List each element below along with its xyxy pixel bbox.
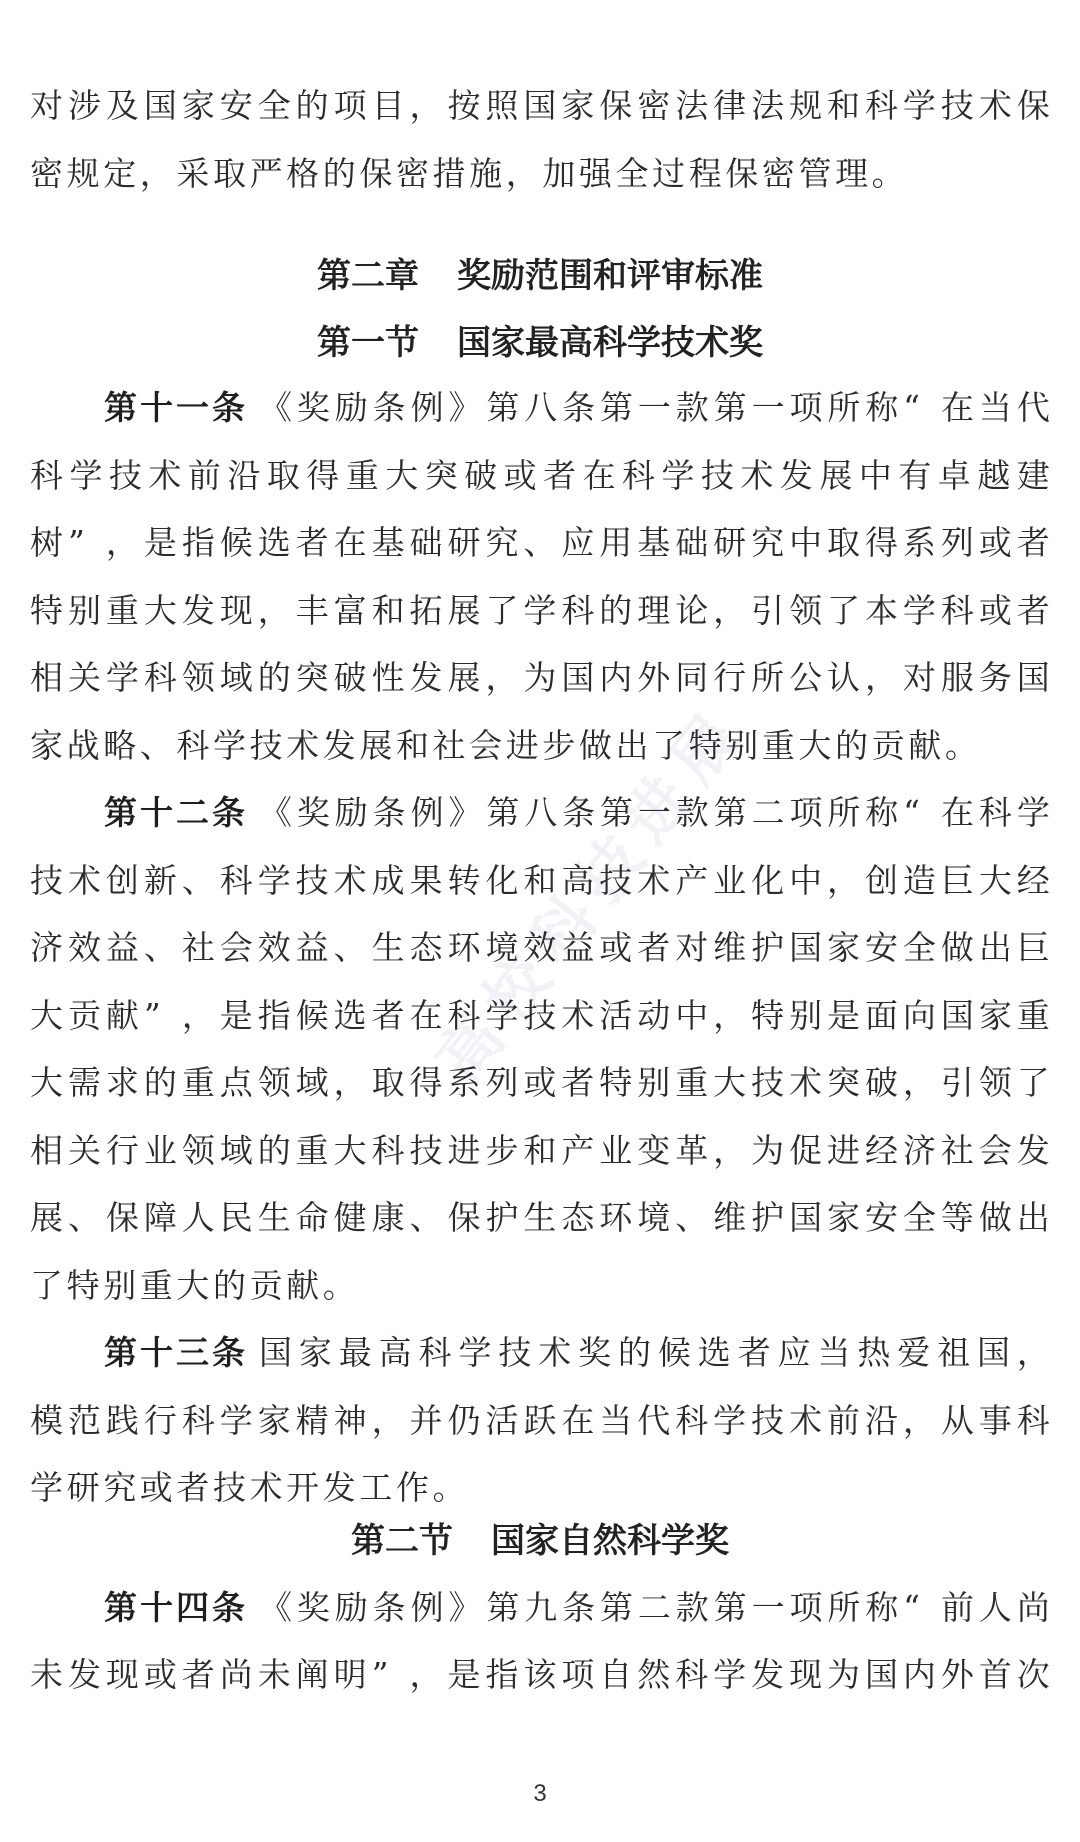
heading-label: 第二节 [351, 1521, 453, 1561]
heading-title: 国家最高科学技术奖 [457, 323, 763, 363]
article-text: 《奖励条例》第九条第二款第一项所称“前人尚 [259, 1574, 1050, 1642]
article-number: 第十一条 [104, 374, 245, 442]
paragraph-line: 对涉及国家安全的项目，按照国家保密法律法规和科学技术保 [30, 72, 1050, 140]
paragraph-line: 大贡献”，是指候选者在科学技术活动中，特别是面向国家重 [30, 982, 1050, 1050]
paragraph-line: 树”，是指候选者在基础研究、应用基础研究中取得系列或者 [30, 509, 1050, 577]
heading-title: 国家自然科学奖 [491, 1521, 729, 1561]
page-number: 3 [0, 1780, 1080, 1812]
section-heading: 第二节国家自然科学奖 [0, 1507, 1080, 1575]
heading-label: 第一节 [317, 323, 419, 363]
paragraph-line: 特别重大发现，丰富和拓展了学科的理论，引领了本学科或者 [30, 577, 1050, 645]
article-first-line: 第十四条《奖励条例》第九条第二款第一项所称“前人尚 [104, 1574, 1050, 1642]
article-first-line: 第十三条国家最高科学技术奖的候选者应当热爱祖国， [104, 1319, 1050, 1387]
paragraph-line: 大需求的重点领域，取得系列或者特别重大技术突破，引领了 [30, 1049, 1050, 1117]
article-first-line: 第十二条《奖励条例》第八条第一款第二项所称“在科学 [104, 779, 1050, 847]
paragraph-line: 科学技术前沿取得重大突破或者在科学技术发展中有卓越建 [30, 442, 1050, 510]
paragraph-line: 相关学科领域的突破性发展，为国内外同行所公认，对服务国 [30, 644, 1050, 712]
paragraph-line: 未发现或者尚未阐明”，是指该项自然科学发现为国内外首次 [30, 1641, 1050, 1709]
paragraph-line: 了特别重大的贡献。 [30, 1252, 1050, 1320]
article-number: 第十二条 [104, 779, 245, 847]
section-heading: 第二章奖励范围和评审标准 [0, 242, 1080, 310]
section-heading: 第一节国家最高科学技术奖 [0, 309, 1080, 377]
paragraph-line: 展、保障人民生命健康、保护生态环境、维护国家安全等做出 [30, 1184, 1050, 1252]
paragraph-line: 家战略、科学技术发展和社会进步做出了特别重大的贡献。 [30, 712, 1050, 780]
article-first-line: 第十一条《奖励条例》第八条第一款第一项所称“在当代 [104, 374, 1050, 442]
article-number: 第十四条 [104, 1574, 245, 1642]
document-page: 高校科技进展 对涉及国家安全的项目，按照国家保密法律法规和科学技术保密规定，采取… [0, 0, 1080, 1842]
paragraph-line: 技术创新、科学技术成果转化和高技术产业化中，创造巨大经 [30, 847, 1050, 915]
paragraph-line: 模范践行科学家精神，并仍活跃在当代科学技术前沿，从事科 [30, 1387, 1050, 1455]
heading-title: 奖励范围和评审标准 [457, 256, 763, 296]
paragraph-line: 密规定，采取严格的保密措施，加强全过程保密管理。 [30, 140, 1050, 208]
article-number: 第十三条 [104, 1319, 245, 1387]
article-text: 《奖励条例》第八条第一款第二项所称“在科学 [259, 779, 1050, 847]
article-text: 国家最高科学技术奖的候选者应当热爱祖国， [259, 1319, 1050, 1387]
article-text: 《奖励条例》第八条第一款第一项所称“在当代 [259, 374, 1050, 442]
heading-label: 第二章 [317, 256, 419, 296]
paragraph-line: 济效益、社会效益、生态环境效益或者对维护国家安全做出巨 [30, 914, 1050, 982]
paragraph-line: 相关行业领域的重大科技进步和产业变革，为促进经济社会发 [30, 1117, 1050, 1185]
